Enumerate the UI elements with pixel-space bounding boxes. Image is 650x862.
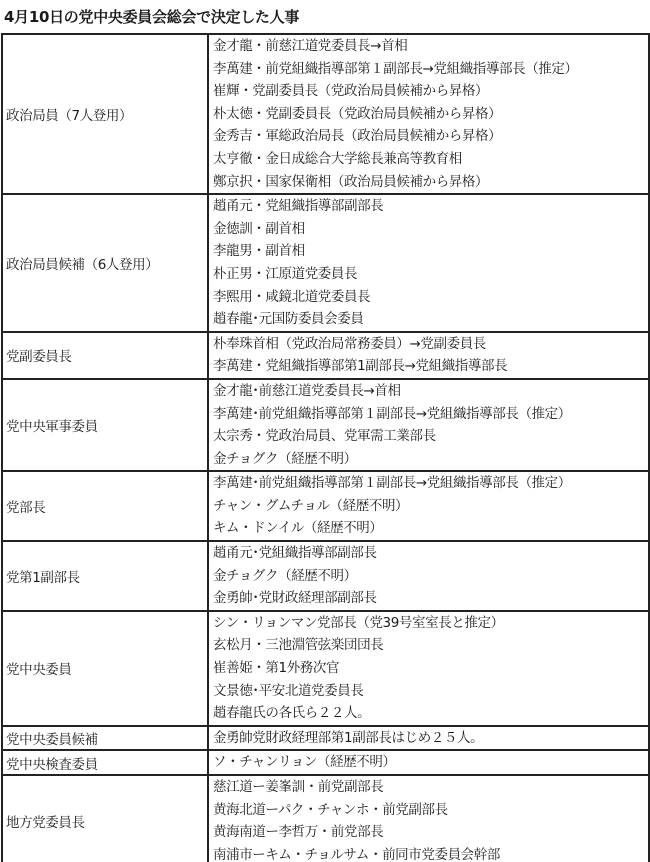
appointee-entry: チャン・グムチョル（経歴不明） [213,495,648,518]
appointee-entry: 慈江道ー姜峯訓・前党副部長 [213,776,648,799]
page-title: 4月10日の党中央委員会総会で決定した人事 [4,6,299,27]
appointee-entry: 李萬建･前党組織指導部第１副部長→党組織指導部長（推定） [213,403,648,426]
appointee-entry: キム・ドンイル（経歴不明） [213,517,648,540]
appointee-entry: 文景徳･平安北道党委員長 [213,680,648,703]
table-row-provincial-party-chairmen: 地方党委員長 慈江道ー姜峯訓・前党副部長 黄海北道ーパク・チャンホ・前党副部長 … [2,775,649,862]
post-label: 政治局員（7人登用） [2,34,208,194]
appointee-list: ソ・チャンリョン（経歴不明） [208,750,649,775]
appointee-entry: 李萬建･前党組織指導部第１副部長→党組織指導部長（推定） [213,472,648,495]
appointee-entry: 太亨徹・金日成総合大学総長兼高等教育相 [213,148,648,171]
appointee-entry: 南浦市ーキム・チョルサム・前同市党委員会幹部 [213,844,648,862]
personnel-table: 政治局員（7人登用） 金才龍・前慈江道党委員長→首相 李萬建・前党組織指導部第１… [1,33,650,862]
appointee-entry: 金徳訓・副首相 [213,218,648,241]
post-label: 政治局員候補（6人登用） [2,194,208,332]
post-label: 党第1副部長 [2,541,208,611]
appointee-entry: 金チョグク（経歴不明） [213,565,648,588]
appointee-list: 金勇帥党財政経理部第1副部長はじめ２５人。 [208,726,649,751]
appointee-entry: 金才龍･前慈江道党委員長→首相 [213,380,648,403]
appointee-entry: 崔輝・党副委員長（党政治局員候補から昇格） [213,80,648,103]
appointee-list: 趙甬元・党組織指導部副部長 金徳訓・副首相 李龍男・副首相 朴正男・江原道党委員… [208,194,649,332]
appointee-list: シン・リョンマン党部長（党39号室室長と推定） 玄松月・三池淵管弦楽団団長 崔善… [208,611,649,726]
table-row-first-deputy-directors: 党第1副部長 趙甬元･党組織指導部副部長 金チョグク（経歴不明） 金勇帥･党財政… [2,541,649,611]
table-row-party-vice-chairmen: 党副委員長 朴奉珠首相（党政治局常務委員）→党副委員長 李萬建・党組織指導部第1… [2,332,649,379]
appointee-list: 朴奉珠首相（党政治局常務委員）→党副委員長 李萬建・党組織指導部第1副部長→党組… [208,332,649,379]
table-row-politburo-members: 政治局員（7人登用） 金才龍・前慈江道党委員長→首相 李萬建・前党組織指導部第１… [2,34,649,194]
appointee-list: 金才龍･前慈江道党委員長→首相 李萬建･前党組織指導部第１副部長→党組織指導部長… [208,379,649,471]
appointee-entry: ソ・チャンリョン（経歴不明） [213,751,648,774]
appointee-list: 慈江道ー姜峯訓・前党副部長 黄海北道ーパク・チャンホ・前党副部長 黄海南道ー李哲… [208,775,649,862]
table-row-central-committee-members: 党中央委員 シン・リョンマン党部長（党39号室室長と推定） 玄松月・三池淵管弦楽… [2,611,649,726]
table-row-central-auditing-commission: 党中央検査委員 ソ・チャンリョン（経歴不明） [2,750,649,775]
appointee-entry: 金勇帥･党財政経理部副部長 [213,587,648,610]
appointee-entry: 李龍男・副首相 [213,240,648,263]
appointee-entry: 趙春龍･元国防委員会委員 [213,308,648,331]
appointee-entry: シン・リョンマン党部長（党39号室室長と推定） [213,612,648,635]
post-label: 党中央委員候補 [2,726,208,751]
post-label: 党中央検査委員 [2,750,208,775]
table-row-central-committee-alternates: 党中央委員候補 金勇帥党財政経理部第1副部長はじめ２５人。 [2,726,649,751]
post-label: 党部長 [2,471,208,541]
table-row-politburo-alternates: 政治局員候補（6人登用） 趙甬元・党組織指導部副部長 金徳訓・副首相 李龍男・副… [2,194,649,332]
appointee-entry: 金チョグク（経歴不明） [213,448,648,471]
appointee-list: 金才龍・前慈江道党委員長→首相 李萬建・前党組織指導部第１副部長→党組織指導部長… [208,34,649,194]
appointee-entry: 金秀吉・軍総政治局長（政治局員候補から昇格） [213,125,648,148]
table-row-central-military-commission: 党中央軍事委員 金才龍･前慈江道党委員長→首相 李萬建･前党組織指導部第１副部長… [2,379,649,471]
appointee-entry: 朴太徳・党副委員長（党政治局員候補から昇格） [213,103,648,126]
appointee-entry: 金勇帥党財政経理部第1副部長はじめ２５人。 [213,727,648,750]
appointee-entry: 趙甬元・党組織指導部副部長 [213,195,648,218]
post-label: 党中央軍事委員 [2,379,208,471]
appointee-entry: 趙甬元･党組織指導部副部長 [213,542,648,565]
appointee-entry: 金才龍・前慈江道党委員長→首相 [213,35,648,58]
post-label: 地方党委員長 [2,775,208,862]
appointee-entry: 朴正男・江原道党委員長 [213,263,648,286]
appointee-list: 趙甬元･党組織指導部副部長 金チョグク（経歴不明） 金勇帥･党財政経理部副部長 [208,541,649,611]
appointee-entry: 李萬建・前党組織指導部第１副部長→党組織指導部長（推定） [213,58,648,81]
post-label: 党中央委員 [2,611,208,726]
appointee-entry: 黄海南道ー李哲万・前党部長 [213,821,648,844]
appointee-entry: 李熙用・咸鏡北道党委員長 [213,286,648,309]
appointee-entry: 黄海北道ーパク・チャンホ・前党副部長 [213,799,648,822]
post-label: 党副委員長 [2,332,208,379]
appointee-entry: 趙春龍氏の各氏ら２２人。 [213,702,648,725]
appointee-entry: 朴奉珠首相（党政治局常務委員）→党副委員長 [213,333,648,356]
appointee-entry: 崔善姫・第1外務次官 [213,657,648,680]
appointee-entry: 太宗秀・党政治局員、党軍需工業部長 [213,425,648,448]
table-row-department-directors: 党部長 李萬建･前党組織指導部第１副部長→党組織指導部長（推定） チャン・グムチ… [2,471,649,541]
appointee-entry: 鄭京択・国家保衛相（政治局員候補から昇格） [213,171,648,194]
appointee-entry: 玄松月・三池淵管弦楽団団長 [213,634,648,657]
appointee-list: 李萬建･前党組織指導部第１副部長→党組織指導部長（推定） チャン・グムチョル（経… [208,471,649,541]
appointee-entry: 李萬建・党組織指導部第1副部長→党組織指導部長 [213,355,648,378]
